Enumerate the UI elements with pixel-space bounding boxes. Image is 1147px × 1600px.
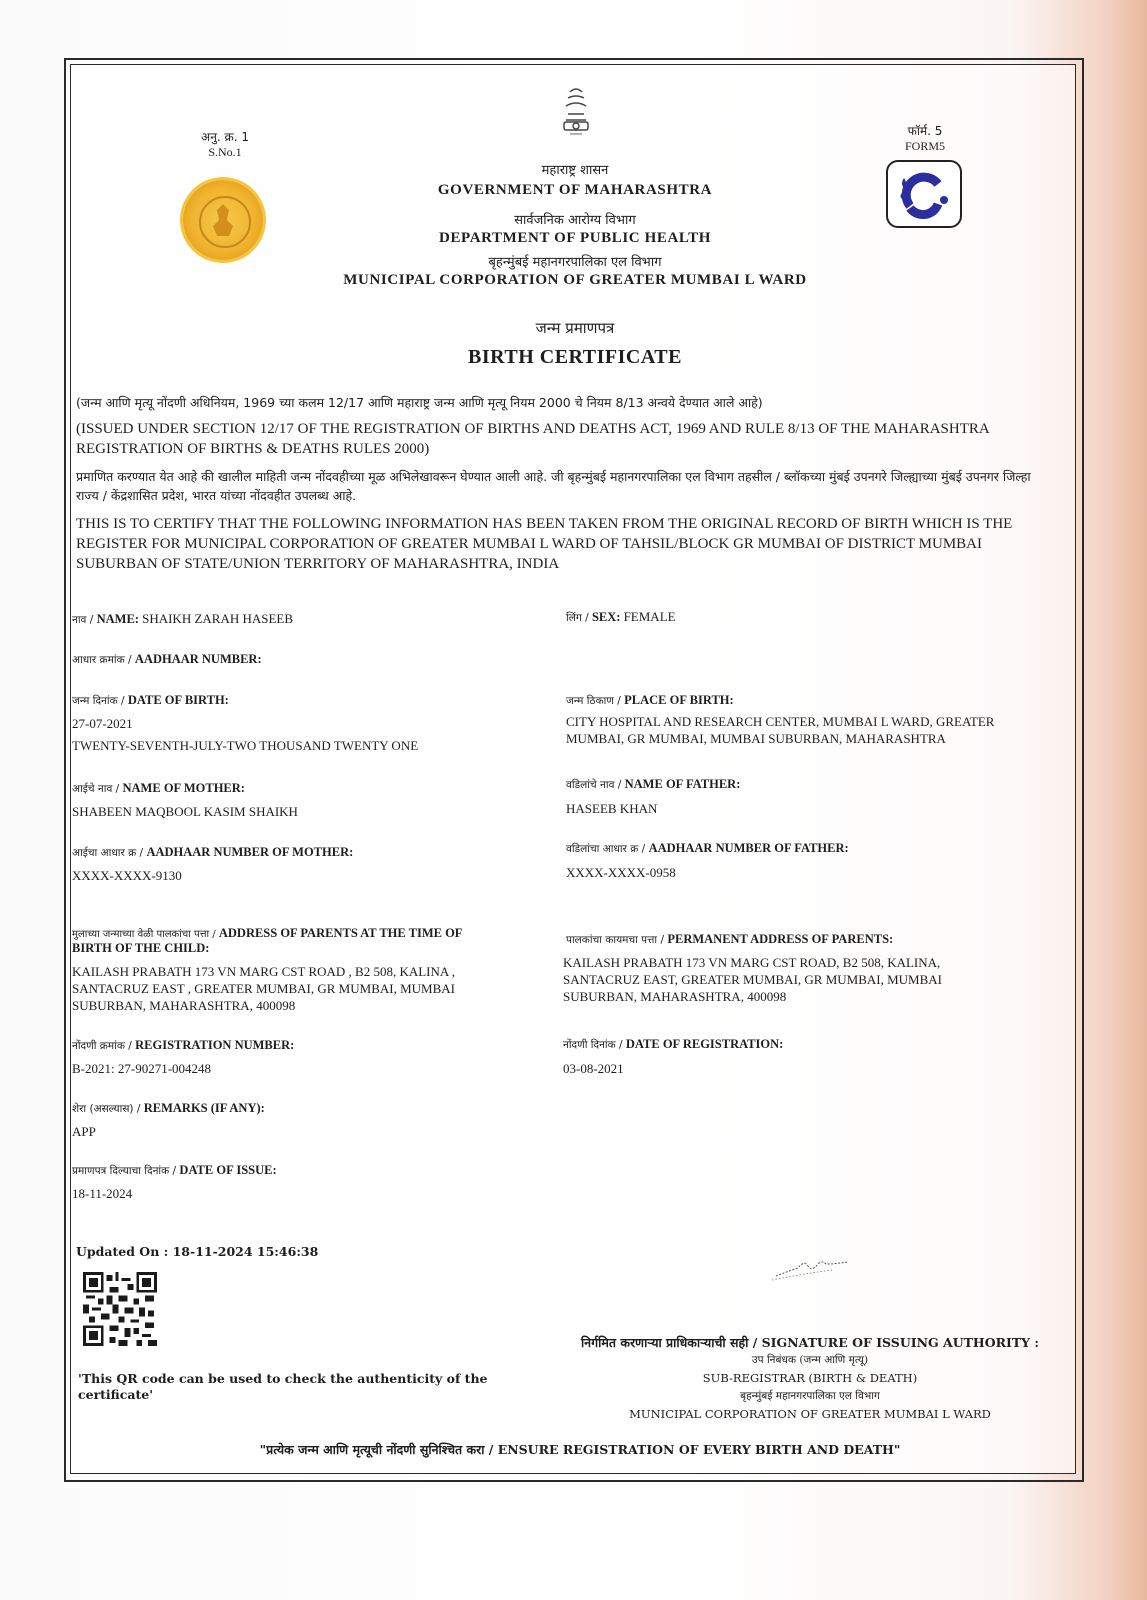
father-aadhaar-value: XXXX-XXXX-0958 xyxy=(566,864,676,881)
act-reference-mr: (जन्म आणि मृत्यू नोंदणी अधिनियम, 1969 च्… xyxy=(76,393,1066,412)
issue-date-label: प्रमाणपत्र दिल्याचा दिनांक / DATE OF ISS… xyxy=(72,1163,277,1178)
signature-block: निर्गमित करणाऱ्या प्राधिकाऱ्याची सही / S… xyxy=(560,1334,1060,1423)
birth-address-line3: SUBURBAN, MAHARASHTRA, 400098 xyxy=(72,997,295,1014)
gov-name-en: GOVERNMENT OF MAHARASHTRA xyxy=(200,182,950,199)
permanent-address-line3: SUBURBAN, MAHARASHTRA, 400098 xyxy=(563,988,786,1005)
birth-address-line2: SANTACRUZ EAST , GREATER MUMBAI, GR MUMB… xyxy=(72,980,455,997)
dept-name-en: DEPARTMENT OF PUBLIC HEALTH xyxy=(200,230,950,247)
form-number-en: FORM5 xyxy=(880,139,970,154)
sub-registrar-en: SUB-REGISTRAR (BIRTH & DEATH) xyxy=(560,1369,1060,1387)
name-field: नाव / NAME: SHAIKH ZARAH HASEEB xyxy=(72,610,293,627)
permanent-address-line1: KAILASH PRABATH 173 VN MARG CST ROAD, B2… xyxy=(563,954,940,971)
father-name-value: HASEEB KHAN xyxy=(566,800,657,817)
signature-scribble xyxy=(770,1256,860,1282)
act-reference-en: (ISSUED UNDER SECTION 12/17 OF THE REGIS… xyxy=(76,419,1006,459)
gov-name-mr: महाराष्ट्र शासन xyxy=(200,160,950,178)
certify-statement-en: THIS IS TO CERTIFY THAT THE FOLLOWING IN… xyxy=(76,514,1066,574)
remarks-value: APP xyxy=(72,1123,96,1140)
father-name-label: वडिलांचे नाव / NAME OF FATHER: xyxy=(566,777,740,792)
serial-number: अनु. क्र. 1 S.No.1 xyxy=(180,130,270,160)
certificate-title-mr: जन्म प्रमाणपत्र xyxy=(200,318,950,338)
serial-number-mr: अनु. क्र. 1 xyxy=(180,130,270,145)
dob-label: जन्म दिनांक / DATE OF BIRTH: xyxy=(72,693,229,708)
corp-name-mr: बृहन्मुंबई महानगरपालिका एल विभाग xyxy=(200,252,950,270)
issuing-corp-mr: बृहन्मुंबई महानगरपालिका एल विभाग xyxy=(560,1387,1060,1405)
remarks-label: शेरा (असल्यास) / REMARKS (IF ANY): xyxy=(72,1101,265,1116)
mother-aadhaar-label: आईचा आधार क्र / AADHAAR NUMBER OF MOTHER… xyxy=(72,845,353,860)
permanent-address-label: पालकांचा कायमचा पत्ता / PERMANENT ADDRES… xyxy=(566,932,893,947)
issuing-corp-en: MUNICIPAL CORPORATION OF GREATER MUMBAI … xyxy=(560,1405,1060,1423)
mother-aadhaar-value: XXXX-XXXX-9130 xyxy=(72,867,182,884)
aadhaar-field: आधार क्रमांक / AADHAAR NUMBER: xyxy=(72,652,262,667)
ashoka-emblem-icon xyxy=(556,86,596,142)
birth-address-line1: KAILASH PRABATH 173 VN MARG CST ROAD , B… xyxy=(72,963,455,980)
sex-field: लिंग / SEX: FEMALE xyxy=(566,608,676,625)
certify-statement-mr: प्रमाणित करण्यात येत आहे की खालील माहिती… xyxy=(76,467,1036,505)
sub-registrar-mr: उप निबंधक (जन्म आणि मृत्यू) xyxy=(560,1351,1060,1369)
issue-date-value: 18-11-2024 xyxy=(72,1185,132,1202)
reg-date-label: नोंदणी दिनांक / DATE OF REGISTRATION: xyxy=(563,1037,783,1052)
place-of-birth-label: जन्म ठिकाण / PLACE OF BIRTH: xyxy=(566,693,734,708)
signature-title: निर्गमित करणाऱ्या प्राधिकाऱ्याची सही / S… xyxy=(560,1334,1060,1351)
father-aadhaar-label: वडिलांचा आधार क्र / AADHAAR NUMBER OF FA… xyxy=(566,841,849,856)
corp-name-en: MUNICIPAL CORPORATION OF GREATER MUMBAI … xyxy=(200,272,950,289)
birth-address-label: मुलाच्या जन्माच्या वेळी पालकांचा पत्ता /… xyxy=(72,926,542,956)
dob-value: 27-07-2021 xyxy=(72,715,133,732)
certificate-title: BIRTH CERTIFICATE xyxy=(200,346,950,369)
dob-words: TWENTY-SEVENTH-JULY-TWO THOUSAND TWENTY … xyxy=(72,737,418,754)
mother-name-value: SHABEEN MAQBOOL KASIM SHAIKH xyxy=(72,803,298,820)
qr-note: 'This QR code can be used to check the a… xyxy=(78,1371,488,1403)
reg-number-label: नोंदणी क्रमांक / REGISTRATION NUMBER: xyxy=(72,1038,294,1053)
form-number-mr: फॉर्म. 5 xyxy=(880,124,970,139)
updated-on-value: 18-11-2024 15:46:38 xyxy=(173,1244,319,1259)
reg-date-value: 03-08-2021 xyxy=(563,1060,624,1077)
dept-name-mr: सार्वजनिक आरोग्य विभाग xyxy=(200,210,950,228)
place-of-birth-line1: CITY HOSPITAL AND RESEARCH CENTER, MUMBA… xyxy=(566,713,994,730)
form-number: फॉर्म. 5 FORM5 xyxy=(880,124,970,154)
updated-on: Updated On : 18-11-2024 15:46:38 xyxy=(76,1244,318,1259)
permanent-address-line2: SANTACRUZ EAST, GREATER MUMBAI, GR MUMBA… xyxy=(563,971,942,988)
reg-number-value: B-2021: 27-90271-004248 xyxy=(72,1060,211,1077)
footer-slogan: "प्रत्येक जन्म आणि मृत्यूची नोंदणी सुनिश… xyxy=(200,1441,960,1458)
place-of-birth-line2: MUMBAI, GR MUMBAI, MUMBAI SUBURBAN, MAHA… xyxy=(566,730,946,747)
name-value: SHAIKH ZARAH HASEEB xyxy=(142,611,293,626)
sex-value: FEMALE xyxy=(624,609,676,624)
qr-code[interactable] xyxy=(83,1272,157,1346)
mother-name-label: आईचे नाव / NAME OF MOTHER: xyxy=(72,781,245,796)
serial-number-en: S.No.1 xyxy=(180,145,270,160)
